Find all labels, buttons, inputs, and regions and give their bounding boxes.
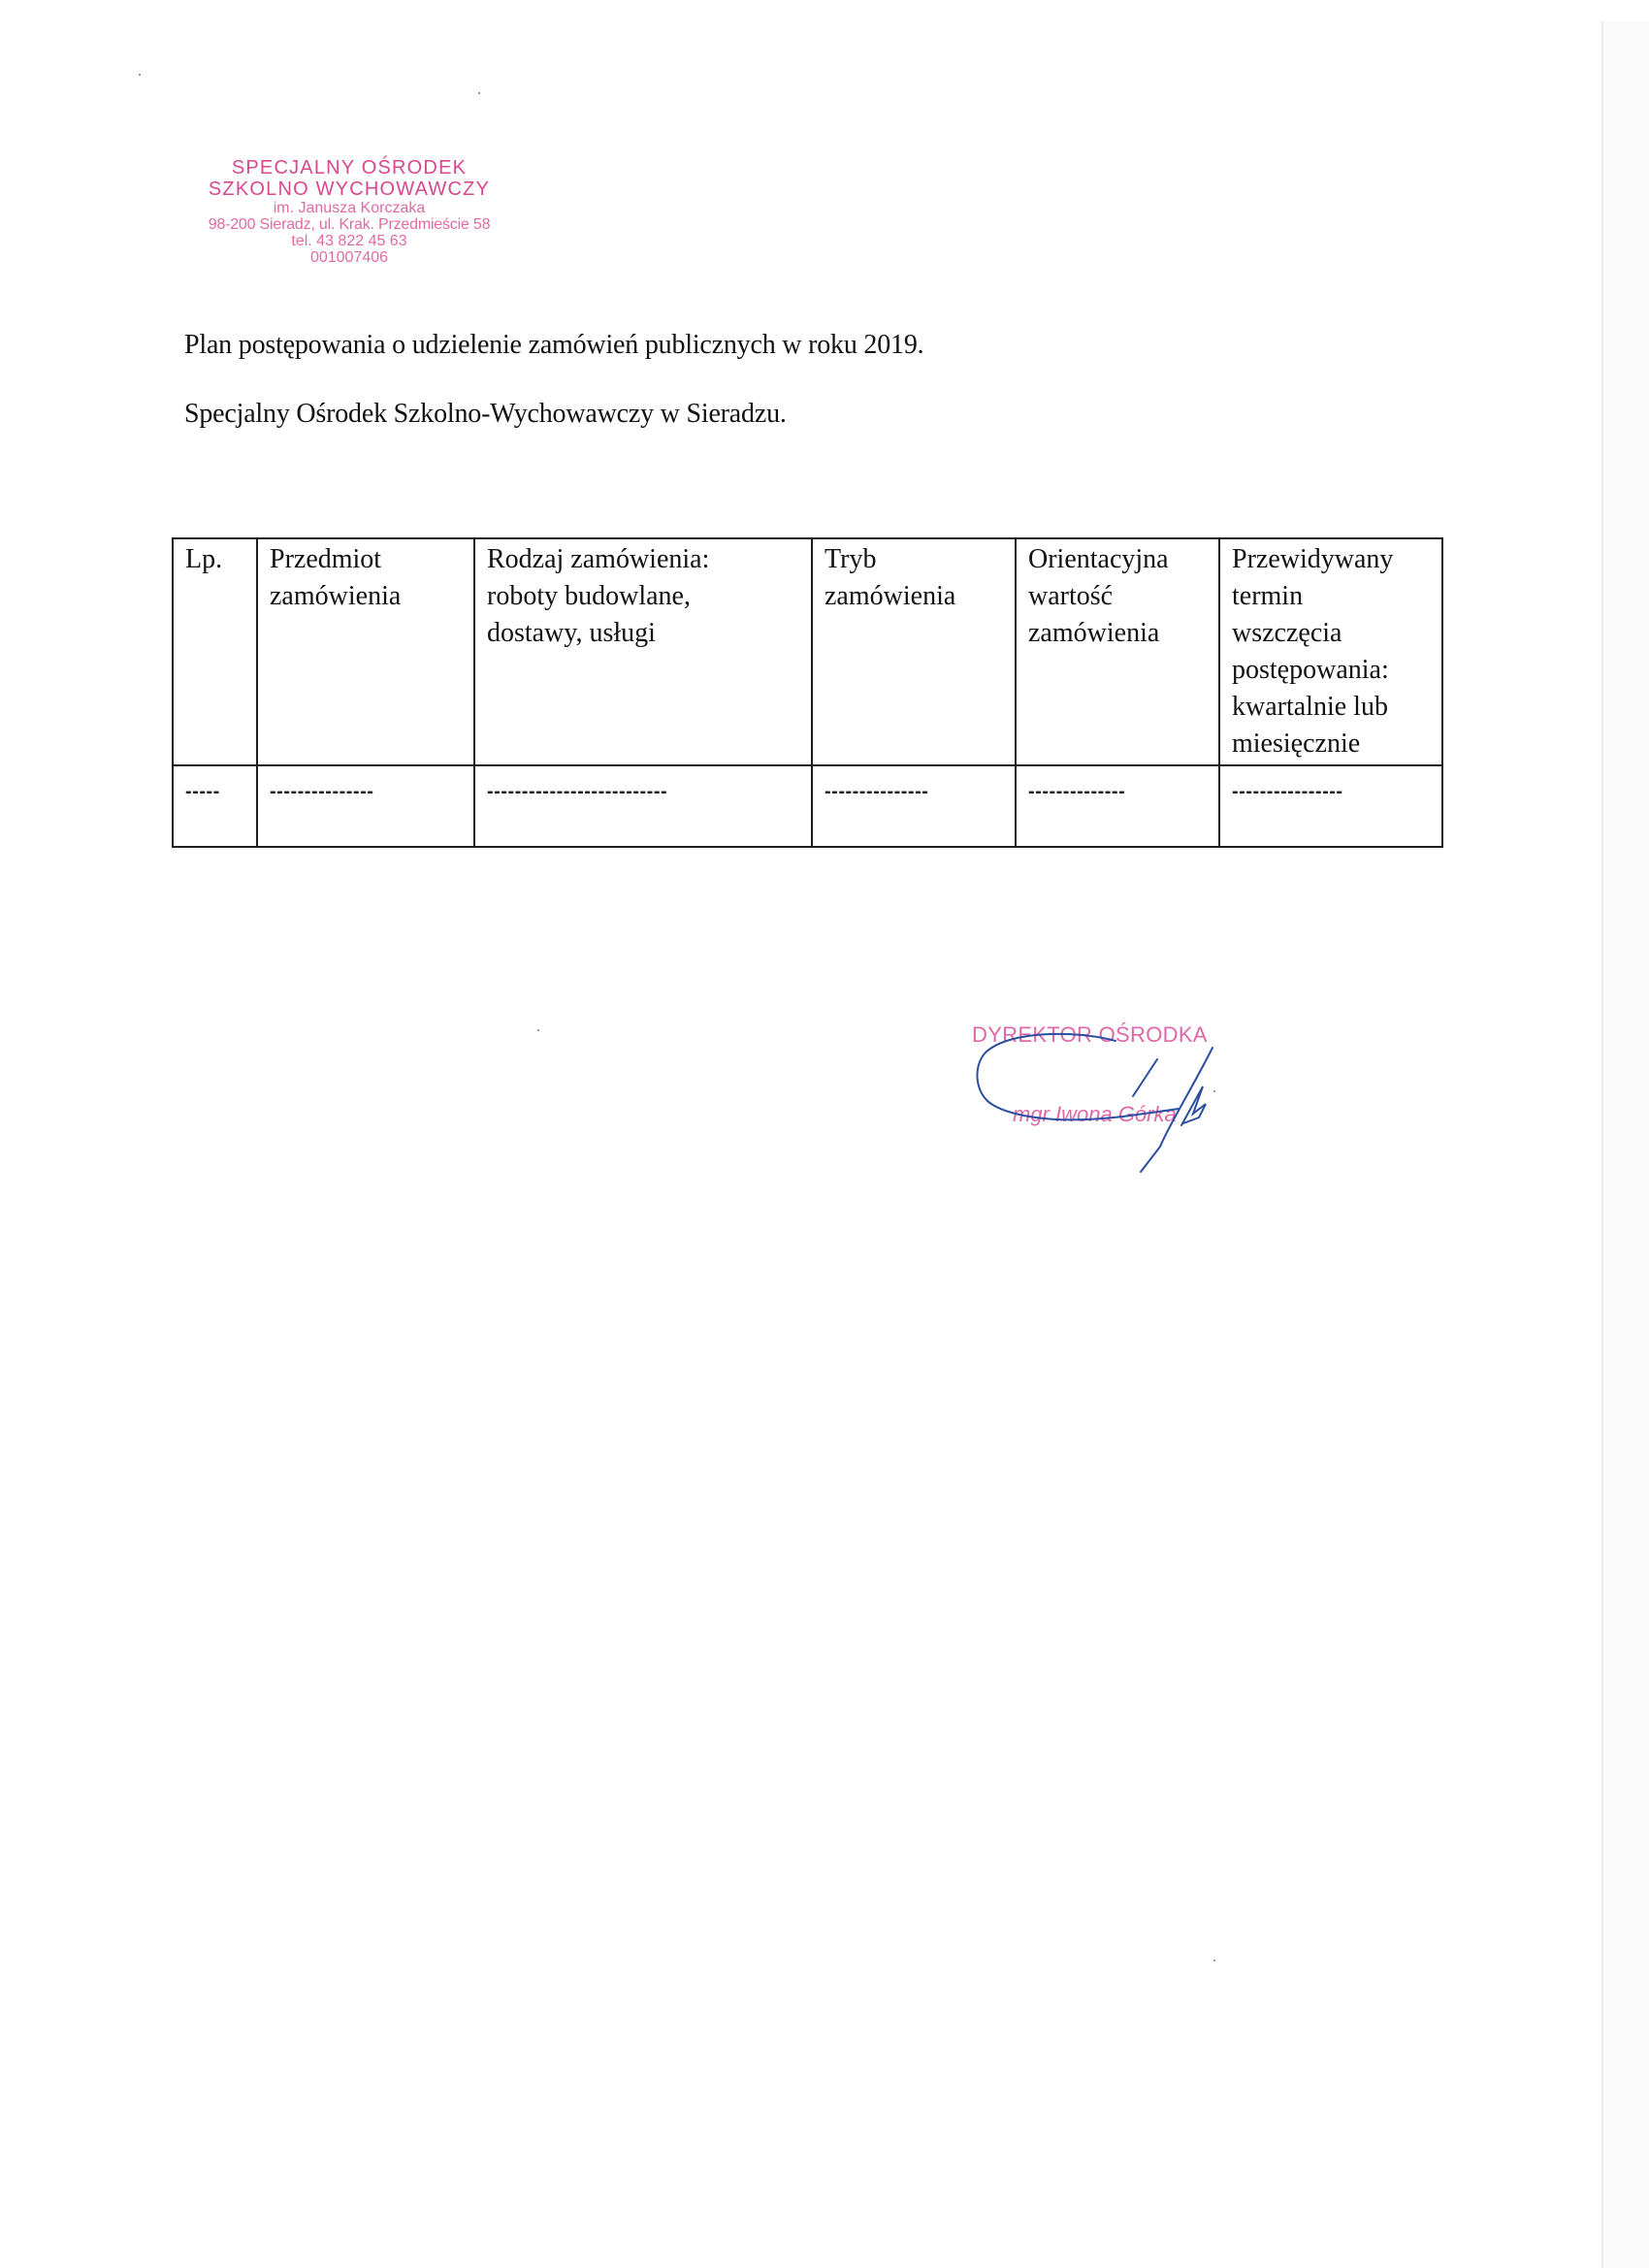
header-value-label: Orientacyjna wartość zamówienia bbox=[1028, 541, 1207, 652]
cell-mode: --------------- bbox=[812, 765, 1016, 847]
header-deadline: Przewidywany termin wszczęcia postępowan… bbox=[1219, 538, 1442, 765]
director-signature-stamp: DYREKTOR OŚRODKA mgr Iwona Górka bbox=[970, 1009, 1261, 1193]
header-subject: Przedmiot zamówienia bbox=[257, 538, 474, 765]
document-subtitle: Specjalny Ośrodek Szkolno-Wychowawczy w … bbox=[184, 399, 787, 430]
handwritten-signature-icon bbox=[970, 1009, 1261, 1193]
cell-value: -------------- bbox=[1016, 765, 1219, 847]
cell-deadline: ---------------- bbox=[1219, 765, 1442, 847]
stamp-line-2: SZKOLNO WYCHOWAWCZY bbox=[165, 179, 533, 201]
page-edge bbox=[1601, 21, 1603, 2268]
stamp-line-1: SPECJALNY OŚRODEK bbox=[165, 158, 533, 179]
header-lp: Lp. bbox=[173, 538, 257, 765]
header-value: Orientacyjna wartość zamówienia bbox=[1016, 538, 1219, 765]
scan-margin bbox=[1603, 21, 1649, 2268]
header-subject-label: Przedmiot zamówienia bbox=[270, 541, 462, 615]
stamp-regon: 001007406 bbox=[165, 250, 533, 267]
header-lp-label: Lp. bbox=[185, 541, 244, 578]
scan-speck bbox=[478, 92, 480, 94]
header-deadline-label: Przewidywany termin wszczęcia postępowan… bbox=[1232, 541, 1430, 762]
header-type: Rodzaj zamówienia: roboty budowlane, dos… bbox=[474, 538, 812, 765]
cell-type: -------------------------- bbox=[474, 765, 812, 847]
procurement-plan-table: Lp. Przedmiot zamówienia Rodzaj zamówien… bbox=[172, 537, 1443, 848]
cell-lp-value: ----- bbox=[185, 781, 220, 802]
cell-subject-value: --------------- bbox=[270, 781, 373, 802]
table-header-row: Lp. Przedmiot zamówienia Rodzaj zamówien… bbox=[173, 538, 1442, 765]
cell-lp: ----- bbox=[173, 765, 257, 847]
institution-stamp: SPECJALNY OŚRODEK SZKOLNO WYCHOWAWCZY im… bbox=[165, 158, 533, 267]
header-mode-label: Tryb zamówienia bbox=[824, 541, 1003, 615]
scan-speck bbox=[1213, 1090, 1215, 1092]
cell-subject: --------------- bbox=[257, 765, 474, 847]
scan-speck bbox=[1213, 1960, 1215, 1961]
header-type-label: Rodzaj zamówienia: roboty budowlane, dos… bbox=[487, 541, 799, 652]
scan-speck bbox=[537, 1029, 539, 1031]
scan-speck bbox=[139, 74, 141, 76]
table-row: ----- --------------- ------------------… bbox=[173, 765, 1442, 847]
document-title: Plan postępowania o udzielenie zamówień … bbox=[184, 330, 923, 361]
cell-type-value: -------------------------- bbox=[487, 781, 667, 802]
cell-value-value: -------------- bbox=[1028, 781, 1125, 802]
stamp-address: 98-200 Sieradz, ul. Krak. Przedmieście 5… bbox=[165, 217, 533, 234]
cell-deadline-value: ---------------- bbox=[1232, 781, 1343, 802]
stamp-phone: tel. 43 822 45 63 bbox=[165, 234, 533, 250]
stamp-line-3: im. Janusza Korczaka bbox=[165, 201, 533, 217]
header-mode: Tryb zamówienia bbox=[812, 538, 1016, 765]
cell-mode-value: --------------- bbox=[824, 781, 928, 802]
